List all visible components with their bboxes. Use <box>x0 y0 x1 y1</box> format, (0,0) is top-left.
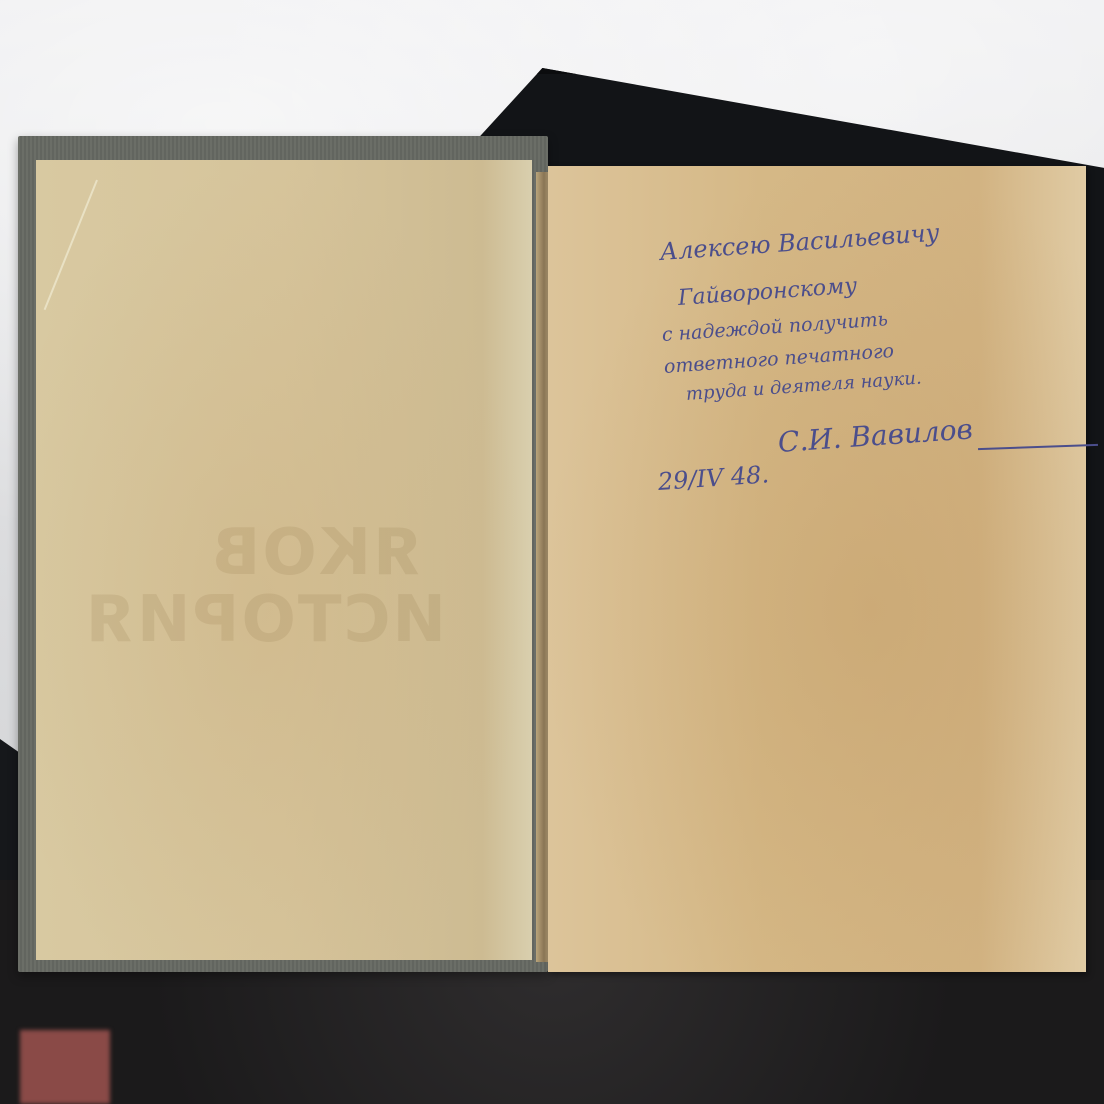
paper-crease <box>44 180 98 311</box>
inscription-line: Алексею Васильевичу <box>659 218 940 265</box>
inscription-date: 29/IV 48. <box>657 460 770 496</box>
right-endpaper: Алексею Васильевичу Гайворонскому с наде… <box>548 166 1086 972</box>
showthrough-title: ЯКОВ ИСТОРИЯ <box>186 520 446 654</box>
open-book: ЯКОВ ИСТОРИЯ Алексею Васильевичу Гайворо… <box>0 0 1104 1104</box>
left-endpaper: ЯКОВ ИСТОРИЯ <box>36 160 532 960</box>
inscription-line: Гайворонскому <box>677 274 858 311</box>
photo-scene: ЯКОВ ИСТОРИЯ Алексею Васильевичу Гайворо… <box>0 0 1104 1104</box>
signature: С.И. Вавилов <box>777 412 974 459</box>
inscription-line: с надеждой получить <box>661 308 888 346</box>
signature-flourish <box>978 444 1098 450</box>
